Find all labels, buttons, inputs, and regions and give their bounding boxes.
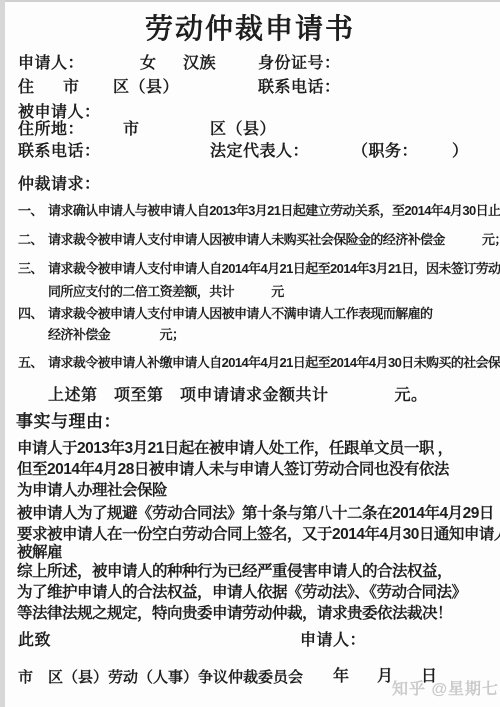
respondent-address-label: 住所地： [18, 121, 84, 139]
position-close-bracket: ） [452, 143, 469, 161]
fact-line: 被申请人为了规避《劳动合同法》第十条与第八十二条在2014年4月29日 [17, 505, 494, 523]
fact-line: 但至2014年4月28日被申请人未与申请人签订劳动合同也没有依法 [17, 461, 449, 479]
requests-heading: 仲裁请求： [18, 176, 101, 194]
request-item-no: 一、 [18, 204, 43, 219]
signature-label: 申请人： [300, 632, 366, 650]
page-top-edge-shadow [0, 0, 500, 2]
request-item-line: 请求裁令被申请人支付申请人因被申请人未购买社会保险金的经济补偿金 元； [48, 233, 500, 248]
committee-name: 市 区（县）劳动（人事）争议仲裁委员会 [18, 669, 303, 686]
request-item-line: 请求裁令被申请人支付申请人自2014年4月21日起至2014年3月21日，因未签… [48, 262, 500, 277]
id-number-label: 身份证号： [258, 55, 341, 73]
request-item-line: 请求裁令被申请人支付申请人因被申请人不满申请人工作表现而解雇的 [48, 307, 432, 322]
request-item-no: 三、 [18, 262, 43, 277]
closing-salute: 此致 [18, 632, 51, 650]
position-label: （职务： [352, 143, 418, 161]
arbitration-application-document: 劳动仲裁申请书 申请人： 女 汉族 身份证号： 住 市 区（县） 联系电话： 被… [0, 0, 500, 707]
applicant-gender: 女 [140, 55, 157, 73]
fact-line: 要求被申请人在一份空白劳动合同上签名，又于2014年4月30日通知申请人 [17, 526, 500, 544]
respondent-city: 市 [123, 121, 140, 139]
request-item-no: 四、 [18, 307, 43, 322]
respondent-label: 被申请人： [18, 104, 101, 122]
contact-phone-label: 联系电话： [258, 79, 341, 97]
applicant-label: 申请人： [18, 55, 84, 73]
request-item-no: 五、 [18, 356, 43, 371]
zhihu-watermark: 知乎 @星期七 [392, 676, 499, 699]
fact-line: 申请人于2013年3月21日起在被申请人处工作，任跟单文员一职 ， [17, 440, 453, 458]
residence-district: 区（县） [113, 79, 179, 97]
fact-line: 等法律法规之规定，特向贵委申请劳动仲裁，请求贵委依法裁决！ [17, 605, 452, 623]
residence-city: 市 [63, 79, 80, 97]
requests-summary: 上述第 项至第 项申请请求金额共计 元。 [48, 387, 428, 405]
request-item-line: 经济补偿金 元； [48, 328, 184, 343]
request-item-line: 同所应支付的二倍工资差额，共计 元 [48, 285, 284, 300]
applicant-ethnicity: 汉族 [183, 55, 216, 73]
fact-line: 被解雇 [17, 544, 62, 562]
request-item-line: 请求确认申请人与被申请人自2013年3月21日起建立劳动关系，至2014年4月3… [48, 204, 500, 219]
facts-heading: 事实与理由： [16, 412, 121, 432]
fact-line: 为了维护申请人的合法权益，申请人依据《劳动法》、《劳动合同法》 [17, 584, 467, 602]
page-left-edge-shadow [0, 0, 5, 707]
respondent-phone-label: 联系电话： [18, 143, 101, 161]
request-item-line: 请求裁令被申请人补缴申请人自2014年4月21日起至2014年4月30日未购买的… [48, 356, 500, 371]
respondent-district: 区（县） [210, 121, 276, 139]
fact-line: 综上所述，被申请人的种种行为已经严重侵害申请人的合法权益， [17, 563, 452, 581]
request-item-no: 二、 [18, 233, 43, 248]
page-title: 劳动仲裁申请书 [0, 13, 500, 45]
residence-label: 住 [18, 79, 35, 97]
fact-line: 为申请人办理社会保险 [17, 482, 167, 500]
legal-rep-label: 法定代表人： [210, 143, 309, 161]
